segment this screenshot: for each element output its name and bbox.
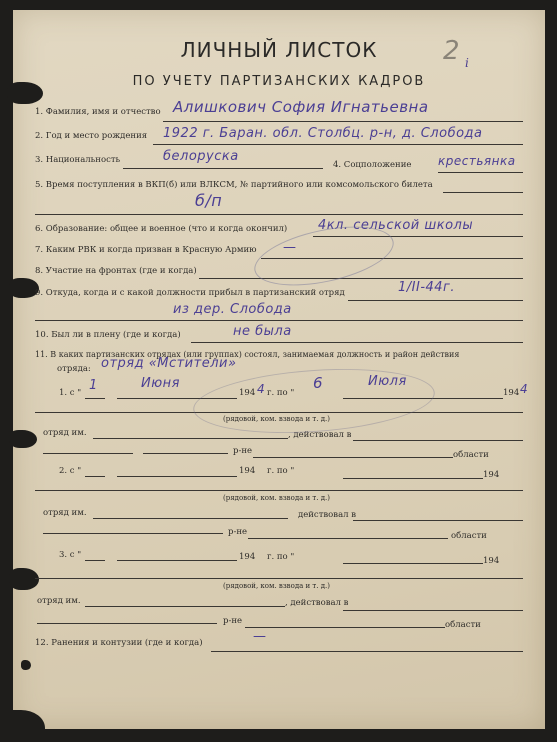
faded-stamp-mark [191,362,437,441]
field-10-label: 10. Был ли в плену (где и когда) [35,330,181,340]
personal-record-sheet: ЛИЧНЫЙ ЛИСТОК ПО УЧЕТУ ПАРТИЗАНСКИХ КАДР… [13,10,545,729]
field-12-value: — [253,629,267,644]
period-1-to-year: 194 [503,388,519,398]
period-3-line-a [37,623,217,624]
period-1-number: 1. с " [59,388,81,398]
period-2-unit-line [93,518,288,519]
field-9-value-2: из дер. Слобода [173,302,292,317]
field-5-line-b [35,214,523,215]
period-2-to-year: 194 [483,470,499,480]
period-2-day-line [85,476,105,477]
period-2-acted-line [353,520,523,521]
period-3-to-label: г. по " [267,552,294,562]
period-1-to-year-hw: 4 [520,382,528,396]
field-12-line [211,651,523,652]
field-9-label: 9. Откуда, когда и с какой должности при… [35,288,345,298]
period-3-district-label: р-не [223,616,242,626]
torn-corner [5,710,45,740]
field-1-value: Алишкович София Игнатьевна [173,98,429,116]
period-1-line-a [43,453,133,454]
punch-hole [21,660,31,670]
period-3-from-year: 194 [239,552,255,562]
period-3-unit-label: отряд им. [37,596,81,606]
field-7-label: 7. Каким РВК и когда призван в Красную А… [35,245,257,255]
period-1-unit-line [93,438,288,439]
period-2-month-line [117,476,237,477]
period-2-acted-label: действовал в [298,510,356,520]
field-1-line [163,121,523,122]
field-2-value: 1922 г. Баран. обл. Столбц. р-н, д. Слоб… [163,126,483,141]
field-3-line [123,168,323,169]
period-1-region-label: области [453,450,489,460]
period-3-role-hint: (рядовой, ком. взвода и т. д.) [223,582,330,590]
period-2-line-a [43,533,223,534]
period-3-number: 3. с " [59,550,81,560]
field-9-line-b [35,320,523,321]
field-4-value: крестьянка [438,154,516,168]
period-1-line-b [143,453,228,454]
field-9-value: 1/II-44г. [398,280,455,295]
period-1-district-line [253,457,453,458]
punch-hole [9,568,39,590]
field-4-line [438,172,523,173]
field-10-value: не была [233,324,292,339]
field-9-line-a [348,300,523,301]
field-4-label: 4. Соцположение [333,160,411,170]
sheet-number-suffix: i [465,56,469,70]
field-11-label: 11. В каких партизанских отрядах (или гр… [35,350,459,359]
period-3-acted-line [343,610,523,611]
field-11-label-2: отряда: [57,364,91,374]
sheet-number: 2 [443,36,460,66]
period-3-role-line [35,578,523,579]
period-2-to-month-line [343,478,483,479]
field-2-line [153,144,523,145]
period-1-day-line [85,398,105,399]
field-1-label: 1. Фамилия, имя и отчество [35,107,161,117]
field-8-label: 8. Участие на фронтах (где и когда) [35,266,197,276]
period-3-month-line [117,560,237,561]
field-5-label: 5. Время поступления в ВКП(б) или ВЛКСМ,… [35,180,433,190]
field-11-value: отряд «Мстители» [101,356,236,371]
field-2-label: 2. Год и место рождения [35,131,147,141]
field-3-label: 3. Национальность [35,155,120,165]
period-2-number: 2. с " [59,466,81,476]
period-2-district-line [248,538,448,539]
period-3-acted-label: , действовал в [285,598,348,608]
field-3-value: белоруска [163,149,239,164]
period-3-to-year: 194 [483,556,499,566]
punch-hole [9,430,37,448]
period-3-district-line [245,627,445,628]
period-1-from-month: Июня [141,376,180,391]
field-6-label: 6. Образование: общее и военное (что и к… [35,224,287,234]
period-2-role-line [35,490,523,491]
period-2-unit-label: отряд им. [43,508,87,518]
field-5-value: б/п [195,191,222,210]
period-3-to-month-line [343,563,483,564]
period-1-unit-label: отряд им. [43,428,87,438]
period-1-from-day: 1 [89,378,98,393]
period-2-district-label: р-не [228,527,247,537]
field-8-line [199,278,523,279]
period-3-unit-line [85,606,285,607]
period-2-to-label: г. по " [267,466,294,476]
field-5-line-a [443,192,523,193]
period-3-region-label: области [445,620,481,630]
form-subtitle: ПО УЧЕТУ ПАРТИЗАНСКИХ КАДРОВ [13,74,545,89]
period-1-district-label: р-не [233,446,252,456]
period-2-region-label: области [451,531,487,541]
period-2-from-year: 194 [239,466,255,476]
period-2-role-hint: (рядовой, ком. взвода и т. д.) [223,494,330,502]
field-12-label: 12. Ранения и контузии (где и когда) [35,638,203,648]
period-1-acted-line [353,440,523,441]
period-3-day-line [85,560,105,561]
field-10-line [191,342,523,343]
